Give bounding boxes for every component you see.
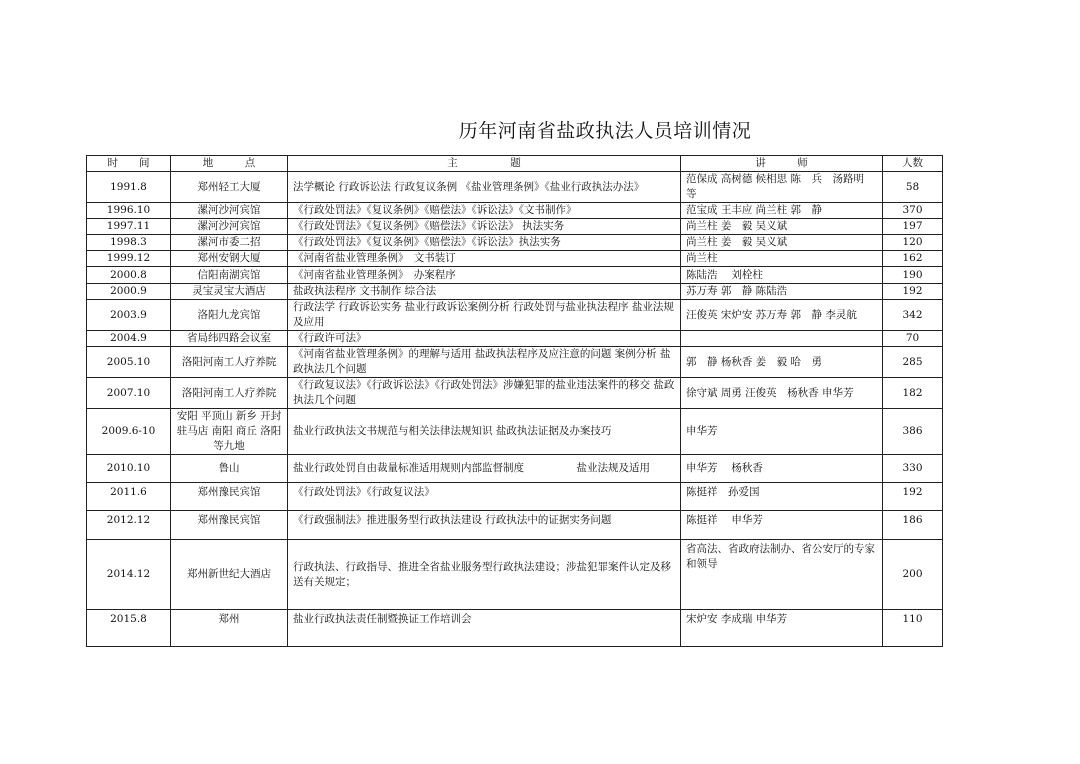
cell-place: 郑州安钢大厦 [171,251,288,267]
cell-place: 洛阳九龙宾馆 [171,300,288,331]
cell-place: 鲁山 [171,455,288,483]
table-row: 2003.9洛阳九龙宾馆行政法学 行政诉讼实务 盐业行政诉讼案例分析 行政处罚与… [87,300,943,331]
cell-topic: 《行政处罚法》《复议条例》《赔偿法》《诉讼法》 执法实务 [288,219,681,235]
cell-topic: 《行政处罚法》《行政复议法》 [288,483,681,511]
cell-place: 漯河市委二招 [171,235,288,251]
header-place: 地 点 [171,156,288,172]
cell-count: 58 [883,172,943,203]
cell-time: 2010.10 [87,455,171,483]
table-row: 2005.10洛阳河南工人疗养院《河南省盐业管理条例》的理解与适用 盐政执法程序… [87,347,943,378]
cell-time: 2009.6-10 [87,409,171,455]
table-row: 2000.8信阳南湖宾馆《河南省盐业管理条例》 办案程序陈陆浩 刘栓柱190 [87,267,943,284]
cell-time: 2000.8 [87,267,171,284]
cell-lecturer: 苏万寿 郭 静 陈陆浩 [681,284,883,300]
cell-place: 漯河沙河宾馆 [171,203,288,219]
header-lecturer: 讲 师 [681,156,883,172]
cell-lecturer: 范宝成 王丰应 尚兰柱 郭 静 [681,203,883,219]
cell-topic: 《行政处罚法》《复议条例》《赔偿法》《诉讼法》《文书制作》 [288,203,681,219]
cell-lecturer: 陈挺祥 申华芳 [681,511,883,540]
table-row: 1997.11漯河沙河宾馆《行政处罚法》《复议条例》《赔偿法》《诉讼法》 执法实… [87,219,943,235]
cell-count: 190 [883,267,943,284]
table-body: 1991.8郑州轻工大厦法学概论 行政诉讼法 行政复议条例 《盐业管理条例》《盐… [87,172,943,647]
cell-count: 330 [883,455,943,483]
cell-time: 1991.8 [87,172,171,203]
table-row: 2014.12郑州新世纪大酒店行政执法、行政指导、推进全省盐业服务型行政执法建设… [87,540,943,610]
cell-count: 162 [883,251,943,267]
table-row: 2000.9灵宝灵宝大酒店盐政执法程序 文书制作 综合法苏万寿 郭 静 陈陆浩1… [87,284,943,300]
cell-time: 1996.10 [87,203,171,219]
cell-count: 386 [883,409,943,455]
cell-time: 2003.9 [87,300,171,331]
cell-time: 1997.11 [87,219,171,235]
cell-place: 洛阳河南工人疗养院 [171,378,288,409]
cell-count: 285 [883,347,943,378]
cell-topic: 盐政执法程序 文书制作 综合法 [288,284,681,300]
cell-place: 郑州豫民宾馆 [171,511,288,540]
table-row: 2004.9省局纬四路会议室《行政许可法》70 [87,331,943,347]
header-count: 人数 [883,156,943,172]
cell-lecturer: 尚兰柱 [681,251,883,267]
cell-lecturer [681,331,883,347]
cell-place: 郑州 [171,610,288,647]
cell-count: 70 [883,331,943,347]
cell-lecturer: 申华芳 [681,409,883,455]
cell-topic: 《行政复议法》《行政诉讼法》《行政处罚法》涉嫌犯罪的盐业违法案件的移交 盐政执法… [288,378,681,409]
cell-count: 186 [883,511,943,540]
cell-place: 灵宝灵宝大酒店 [171,284,288,300]
cell-place: 信阳南湖宾馆 [171,267,288,284]
cell-time: 2011.6 [87,483,171,511]
cell-lecturer: 宋炉安 李成瑞 申华芳 [681,610,883,647]
cell-count: 200 [883,540,943,610]
cell-topic: 《行政处罚法》《复议条例》《赔偿法》《诉讼法》执法实务 [288,235,681,251]
table-row: 1996.10漯河沙河宾馆《行政处罚法》《复议条例》《赔偿法》《诉讼法》《文书制… [87,203,943,219]
cell-count: 120 [883,235,943,251]
cell-topic: 《河南省盐业管理条例》 办案程序 [288,267,681,284]
cell-topic: 《行政许可法》 [288,331,681,347]
cell-time: 2005.10 [87,347,171,378]
cell-count: 192 [883,284,943,300]
cell-count: 370 [883,203,943,219]
cell-lecturer: 尚兰柱 姜 毅 吴义斌 [681,219,883,235]
cell-time: 2015.8 [87,610,171,647]
cell-place: 洛阳河南工人疗养院 [171,347,288,378]
table-header-row: 时 间 地 点 主 题 讲 师 人数 [87,156,943,172]
cell-count: 342 [883,300,943,331]
training-table: 时 间 地 点 主 题 讲 师 人数 1991.8郑州轻工大厦法学概论 行政诉讼… [86,155,943,647]
cell-place: 省局纬四路会议室 [171,331,288,347]
table-row: 2007.10洛阳河南工人疗养院《行政复议法》《行政诉讼法》《行政处罚法》涉嫌犯… [87,378,943,409]
cell-time: 1998.3 [87,235,171,251]
cell-topic: 法学概论 行政诉讼法 行政复议条例 《盐业管理条例》《盐业行政执法办法》 [288,172,681,203]
cell-topic: 《河南省盐业管理条例》 文书装订 [288,251,681,267]
cell-time: 2000.9 [87,284,171,300]
cell-lecturer: 郭 静 杨秋香 姜 毅 哈 勇 [681,347,883,378]
page-title: 历年河南省盐政执法人员培训情况 [0,116,1080,143]
cell-topic: 盐业行政执法责任制暨换证工作培训会 [288,610,681,647]
table-row: 2015.8郑州盐业行政执法责任制暨换证工作培训会宋炉安 李成瑞 申华芳110 [87,610,943,647]
cell-lecturer: 陈挺祥 孙爱国 [681,483,883,511]
header-topic: 主 题 [288,156,681,172]
cell-count: 182 [883,378,943,409]
cell-topic: 《河南省盐业管理条例》的理解与适用 盐政执法程序及应注意的问题 案例分析 盐政执… [288,347,681,378]
cell-lecturer: 申华芳 杨秋香 [681,455,883,483]
cell-count: 197 [883,219,943,235]
cell-lecturer: 徐守斌 周勇 汪俊英 杨秋香 申华芳 [681,378,883,409]
cell-topic: 行政法学 行政诉讼实务 盐业行政诉讼案例分析 行政处罚与盐业执法程序 盐业法规及… [288,300,681,331]
cell-place: 郑州轻工大厦 [171,172,288,203]
table-row: 1991.8郑州轻工大厦法学概论 行政诉讼法 行政复议条例 《盐业管理条例》《盐… [87,172,943,203]
header-time: 时 间 [87,156,171,172]
cell-topic: 盐业行政处罚自由裁量标准适用规则内部监督制度 盐业法规及适用 [288,455,681,483]
cell-place: 安阳 平顶山 新乡 开封 驻马店 南阳 商丘 洛阳 等九地 [171,409,288,455]
cell-place: 郑州新世纪大酒店 [171,540,288,610]
cell-topic: 《行政强制法》推进服务型行政执法建设 行政执法中的证据实务问题 [288,511,681,540]
cell-place: 漯河沙河宾馆 [171,219,288,235]
table-row: 1998.3漯河市委二招《行政处罚法》《复议条例》《赔偿法》《诉讼法》执法实务尚… [87,235,943,251]
cell-count: 110 [883,610,943,647]
cell-count: 192 [883,483,943,511]
cell-lecturer: 尚兰柱 姜 毅 吴义斌 [681,235,883,251]
cell-topic: 行政执法、行政指导、推进全省盐业服务型行政执法建设；涉盐犯罪案件认定及移送有关规… [288,540,681,610]
cell-lecturer: 汪俊英 宋炉安 苏万寿 郭 静 李灵航 [681,300,883,331]
cell-lecturer: 范保成 高树德 候相思 陈 兵 汤路明 等 [681,172,883,203]
table-row: 2011.6郑州豫民宾馆《行政处罚法》《行政复议法》陈挺祥 孙爱国192 [87,483,943,511]
table-row: 2010.10鲁山盐业行政处罚自由裁量标准适用规则内部监督制度 盐业法规及适用申… [87,455,943,483]
cell-place: 郑州豫民宾馆 [171,483,288,511]
cell-time: 1999.12 [87,251,171,267]
table-row: 2012.12郑州豫民宾馆《行政强制法》推进服务型行政执法建设 行政执法中的证据… [87,511,943,540]
table-row: 1999.12郑州安钢大厦《河南省盐业管理条例》 文书装订尚兰柱162 [87,251,943,267]
table-row: 2009.6-10安阳 平顶山 新乡 开封 驻马店 南阳 商丘 洛阳 等九地盐业… [87,409,943,455]
cell-time: 2007.10 [87,378,171,409]
cell-time: 2012.12 [87,511,171,540]
cell-lecturer: 陈陆浩 刘栓柱 [681,267,883,284]
cell-topic: 盐业行政执法文书规范与相关法律法规知识 盐政执法证据及办案技巧 [288,409,681,455]
cell-time: 2014.12 [87,540,171,610]
cell-lecturer: 省高法、省政府法制办、省公安厅的专家和领导 [681,540,883,610]
cell-time: 2004.9 [87,331,171,347]
